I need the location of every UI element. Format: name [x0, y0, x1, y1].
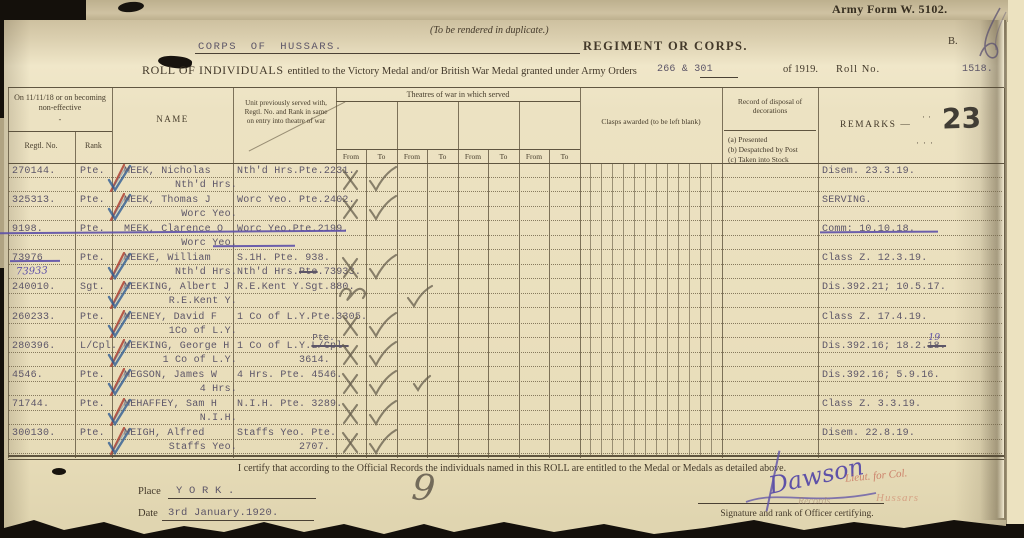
- roll-title-caps: ROLL OF INDIVIDUALS: [142, 63, 284, 77]
- name-unit-cell: R.E.Kent Y.: [120, 296, 237, 307]
- dotted-rule: [8, 395, 1002, 396]
- stamp-unit: Hussars: [876, 492, 919, 504]
- remark-cell: Dis.392.21; 10.5.17.: [822, 282, 946, 293]
- of-year: of 1919.: [783, 64, 818, 75]
- date-label: Date: [138, 508, 158, 519]
- pencil-mark: [334, 427, 474, 456]
- stamp-records: Records: [798, 496, 830, 507]
- certify-statement: I certify that according to the Official…: [162, 463, 862, 474]
- pencil-mark: [334, 164, 474, 193]
- table-row: 4546.Pte.MEGSON, James W4 Hrs.4 Hrs. Pte…: [8, 368, 1004, 397]
- name-unit-cell: Nth'd Hrs.: [120, 267, 237, 278]
- regtl-no-cell: 260233.: [12, 312, 55, 323]
- name-cell: MEEK, Clarence O: [124, 224, 223, 235]
- disposal-divider: [724, 130, 816, 131]
- remark-cell: Class Z. 17.4.19.: [822, 312, 927, 323]
- table-row: 240010.Sgt.MEEKING, Albert JR.E.Kent Y.R…: [8, 281, 1004, 310]
- remark-cell: SERVING.: [822, 195, 872, 206]
- dotted-rule: [8, 206, 1002, 207]
- name-cell: MEEKING, Albert J: [124, 282, 229, 293]
- dotted-rule: [8, 424, 1002, 425]
- effective-header: On 11/11/18 or on becoming non-effective…: [10, 93, 110, 125]
- name-cell: MEIGH, Alfred: [124, 428, 205, 439]
- remark-cell: Class Z. 3.3.19.: [822, 399, 921, 410]
- name-cell: MEEK, Thomas J: [124, 195, 211, 206]
- corps-underline: [195, 53, 580, 54]
- rank-cell: Pte.: [80, 253, 105, 264]
- prev-unit-cell: 1 Co of L.Y.L/Cpl.Pte.: [237, 341, 349, 352]
- date-value: 3rd January.1920.: [168, 507, 279, 519]
- to-header: To: [488, 152, 519, 161]
- roll-rows: 270144.Pte.MEEK, NicholasNth'd Hrs.Nth'd…: [8, 164, 1004, 456]
- date-underline: [162, 520, 314, 521]
- regiment-or-corps-label: REGIMENT OR CORPS.: [583, 39, 748, 54]
- remarks-header: REMARKS —: [840, 120, 910, 130]
- name-cell: MEGSON, James W: [124, 370, 217, 381]
- name-unit-cell: Nth'd Hrs.: [120, 180, 237, 191]
- from-header: From: [397, 152, 427, 161]
- pencil-mark: [334, 193, 474, 222]
- remark-cell: Dis.392.16; 5.9.16.: [822, 370, 940, 381]
- corps-entry: CORPS OF HUSSARS.: [198, 41, 343, 53]
- regtl-handwritten: 73933: [16, 265, 48, 277]
- dotted-rule: [8, 249, 1002, 250]
- rank-cell: Pte.: [80, 224, 105, 235]
- table-row: 7397673933Pte.MEEKE, WilliamNth'd Hrs.S.…: [8, 252, 1004, 281]
- name-cell: MEENEY, David F: [124, 312, 217, 323]
- dotted-rule: [8, 177, 1002, 178]
- to-header: To: [549, 152, 580, 161]
- dotted-rule: [8, 337, 1002, 338]
- dotted-rule: [8, 352, 1002, 353]
- dotted-rule: [8, 264, 1002, 265]
- pencil-mark: [334, 252, 474, 281]
- dotted-rule: [8, 439, 1002, 440]
- prev-unit-cell: S.1H. Pte. 938.: [237, 253, 330, 264]
- pencil-mark: [334, 398, 474, 427]
- name-unit-cell: 4 Hrs.: [120, 384, 237, 395]
- ink-spot: [52, 468, 66, 475]
- table-row: 71744.Pte.MEHAFFEY, Sam HN.I.H.N.I.H. Pt…: [8, 398, 1004, 427]
- place-underline: [168, 498, 316, 499]
- disposal-header: Record of disposal of decorations: [726, 97, 814, 116]
- rank-cell: Pte.: [80, 195, 105, 206]
- name-cell: MEHAFFEY, Sam H: [124, 399, 217, 410]
- place-label: Place: [138, 486, 161, 497]
- table-right-edge: [1004, 88, 1005, 458]
- pencil-mark: [334, 310, 474, 339]
- dotted-rule: [8, 410, 1002, 411]
- underlying-page-edge: [1006, 0, 1024, 524]
- disposal-item-c: (c) Taken into Stock: [728, 155, 789, 164]
- place-value: Y O R K .: [176, 485, 235, 497]
- remark-cell: Disem. 22.8.19.: [822, 428, 915, 439]
- from-header: From: [519, 152, 549, 161]
- table-row: 300130.Pte.MEIGH, AlfredStaffs Yeo.Staff…: [8, 427, 1004, 456]
- regtl-no-cell: 325313.: [12, 195, 55, 206]
- theatres-header: Theatres of war in which served: [336, 90, 580, 100]
- table-row: 325313.Pte.MEEK, Thomas JWorc Yeo.Worc Y…: [8, 193, 1004, 222]
- regtl-no-cell: 71744.: [12, 399, 49, 410]
- name-header: NAME: [112, 114, 233, 125]
- name-unit-cell: Worc Yeo.: [120, 209, 237, 220]
- roll-no-label: Roll No.: [836, 64, 880, 75]
- roll-title-rest: entitled to the Victory Medal and/or Bri…: [288, 66, 637, 77]
- dotted-rule: [8, 293, 1002, 294]
- duplicate-note: (To be rendered in duplicate.): [430, 25, 549, 36]
- regtl-no-cell: 73976: [12, 253, 43, 264]
- table-row: 260233.Pte.MEENEY, David F1Co of L.Y.1 C…: [8, 310, 1004, 339]
- corner-letter: B.: [948, 36, 958, 47]
- orders-underline: [700, 77, 738, 78]
- regtl-no-cell: 240010.: [12, 282, 55, 293]
- army-orders-number: 266 & 301: [657, 64, 713, 75]
- dotted-rule: [8, 323, 1002, 324]
- regtl-strike: [10, 259, 60, 261]
- unit-header: Unit previously served with, Regtl. No. …: [238, 99, 334, 126]
- remark-cell: Comm: 10.10.18.: [822, 224, 915, 235]
- prev-unit-cell: 4 Hrs. Pte. 4546.: [237, 370, 342, 381]
- rank-cell: Sgt.: [80, 282, 105, 293]
- to-header: To: [366, 152, 397, 161]
- clasps-header: Clasps awarded (to be left blank): [582, 117, 720, 126]
- effective-divider: [8, 131, 112, 132]
- disposal-item-a: (a) Presented: [728, 135, 767, 144]
- signature-caption: Signature and rank of Officer certifying…: [692, 509, 902, 519]
- ink-dots: ···: [916, 138, 937, 148]
- remarks-dash: —: [900, 120, 910, 130]
- table-row: 280396.L/Cpl.MEEKING, George H1 Co of L.…: [8, 339, 1004, 368]
- name-cell: MEEKE, William: [124, 253, 211, 264]
- pencil-mark: [334, 368, 474, 397]
- scanned-medal-roll-page: Army Form W. 5102. B. (To be rendered in…: [0, 0, 1024, 538]
- remark-cell: Disem. 23.3.19.: [822, 166, 915, 177]
- handwritten-sheet-note: 9: [410, 467, 437, 510]
- name-unit-cell: 1 Co of L.Y.: [120, 355, 237, 366]
- name-unit-cell: N.I.H.: [120, 413, 237, 424]
- rank-cell: Pte.: [80, 428, 105, 439]
- dotted-rule: [8, 220, 1002, 221]
- name-cell: MEEKING, George H: [124, 341, 229, 352]
- rank-cell: Pte.: [80, 312, 105, 323]
- regtl-no-header: Regtl. No.: [10, 141, 72, 151]
- pencil-mark: [334, 281, 474, 310]
- rank-cell: Pte.: [80, 370, 105, 381]
- dotted-rule: [8, 191, 1002, 192]
- name-unit-cell: 1Co of L.Y.: [120, 326, 237, 337]
- dotted-rule: [8, 307, 1002, 308]
- regtl-no-cell: 270144.: [12, 166, 55, 177]
- name-cell: MEEK, Nicholas: [124, 166, 211, 177]
- disposal-item-b: (b) Despatched by Post: [728, 145, 798, 154]
- regtl-no-cell: 280396.: [12, 341, 55, 352]
- prev-unit-cell-2: 3614.: [299, 355, 330, 366]
- pencil-mark: [334, 339, 474, 368]
- regtl-no-cell: 300130.: [12, 428, 55, 439]
- rank-cell: Pte.: [80, 399, 105, 410]
- from-header: From: [336, 152, 366, 161]
- handwritten-page-number: 23: [941, 101, 981, 135]
- pen-squiggle: [966, 6, 1018, 68]
- table-top-rule: [8, 87, 1004, 88]
- dotted-rule: [8, 366, 1002, 367]
- remark-cell: Class Z. 12.3.19.: [822, 253, 927, 264]
- prev-unit-cell: Staffs Yeo. Pte.: [237, 428, 336, 439]
- prev-unit-cell-2: 2707.: [299, 442, 330, 453]
- from-header: From: [458, 152, 488, 161]
- dotted-rule: [8, 235, 1002, 236]
- regtl-no-cell: 4546.: [12, 370, 43, 381]
- ink-dots: ··: [922, 112, 934, 122]
- dotted-rule: [8, 381, 1002, 382]
- rank-header: Rank: [76, 141, 111, 151]
- roll-title: ROLL OF INDIVIDUALS entitled to the Vict…: [142, 61, 637, 79]
- name-unit-cell: Worc Yeo.: [120, 238, 237, 249]
- table-row: 9198.Pte.MEEK, Clarence OWorc Yeo.Worc Y…: [8, 222, 1004, 251]
- table-row: 270144.Pte.MEEK, NicholasNth'd Hrs.Nth'd…: [8, 164, 1004, 193]
- roll-no-value: 1518.: [962, 64, 993, 75]
- to-header: To: [427, 152, 458, 161]
- prev-unit-cell: N.I.H. Pte. 3289.: [237, 399, 342, 410]
- remark-cell: Dis.392.16; 18.2.18.19: [822, 341, 946, 352]
- form-number: Army Form W. 5102.: [832, 2, 948, 17]
- rank-cell: Pte.: [80, 166, 105, 177]
- dotted-rule: [8, 278, 1002, 279]
- name-unit-cell: Staffs Yeo.: [120, 442, 237, 453]
